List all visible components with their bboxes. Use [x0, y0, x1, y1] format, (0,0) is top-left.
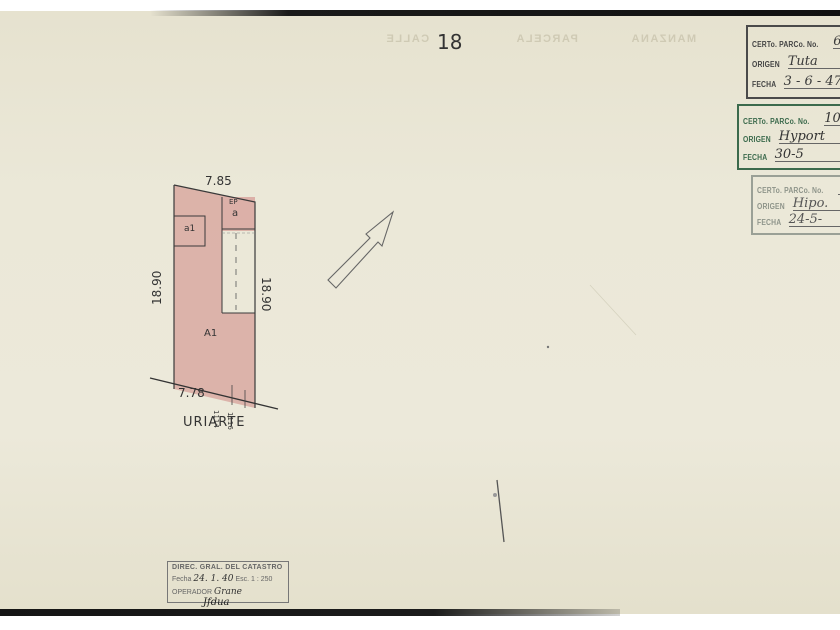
north-arrow-icon: [328, 212, 393, 288]
pencil-mark: [497, 480, 504, 542]
catastro-fecha-value: 24. 1. 40: [193, 574, 233, 584]
catastro-operador-value: Grane: [214, 587, 242, 597]
dimension-right: 18.90: [259, 277, 273, 311]
signature: Jfdua: [203, 597, 230, 608]
dimension-top: 7.85: [205, 174, 232, 188]
label-a1: a1: [184, 224, 195, 234]
catastro-fecha-label: Fecha: [172, 576, 191, 583]
ep-zone: [222, 197, 255, 229]
dimension-left: 18.90: [150, 271, 164, 305]
label-A1: A1: [204, 328, 217, 339]
label-ep: EP: [229, 198, 238, 206]
catastro-operador-label: OPERADOR: [172, 589, 212, 596]
street-name: URIARTE: [183, 415, 246, 430]
parcel-plan-drawing: [0, 0, 840, 630]
catastro-scale: Esc. 1 : 250: [235, 576, 272, 583]
dimension-bottom: 7.78: [178, 386, 205, 400]
catastro-title: DIREC. GRAL. DEL CATASTRO: [172, 564, 284, 571]
unshaded-strip: [222, 231, 255, 313]
label-a: a: [232, 208, 238, 219]
